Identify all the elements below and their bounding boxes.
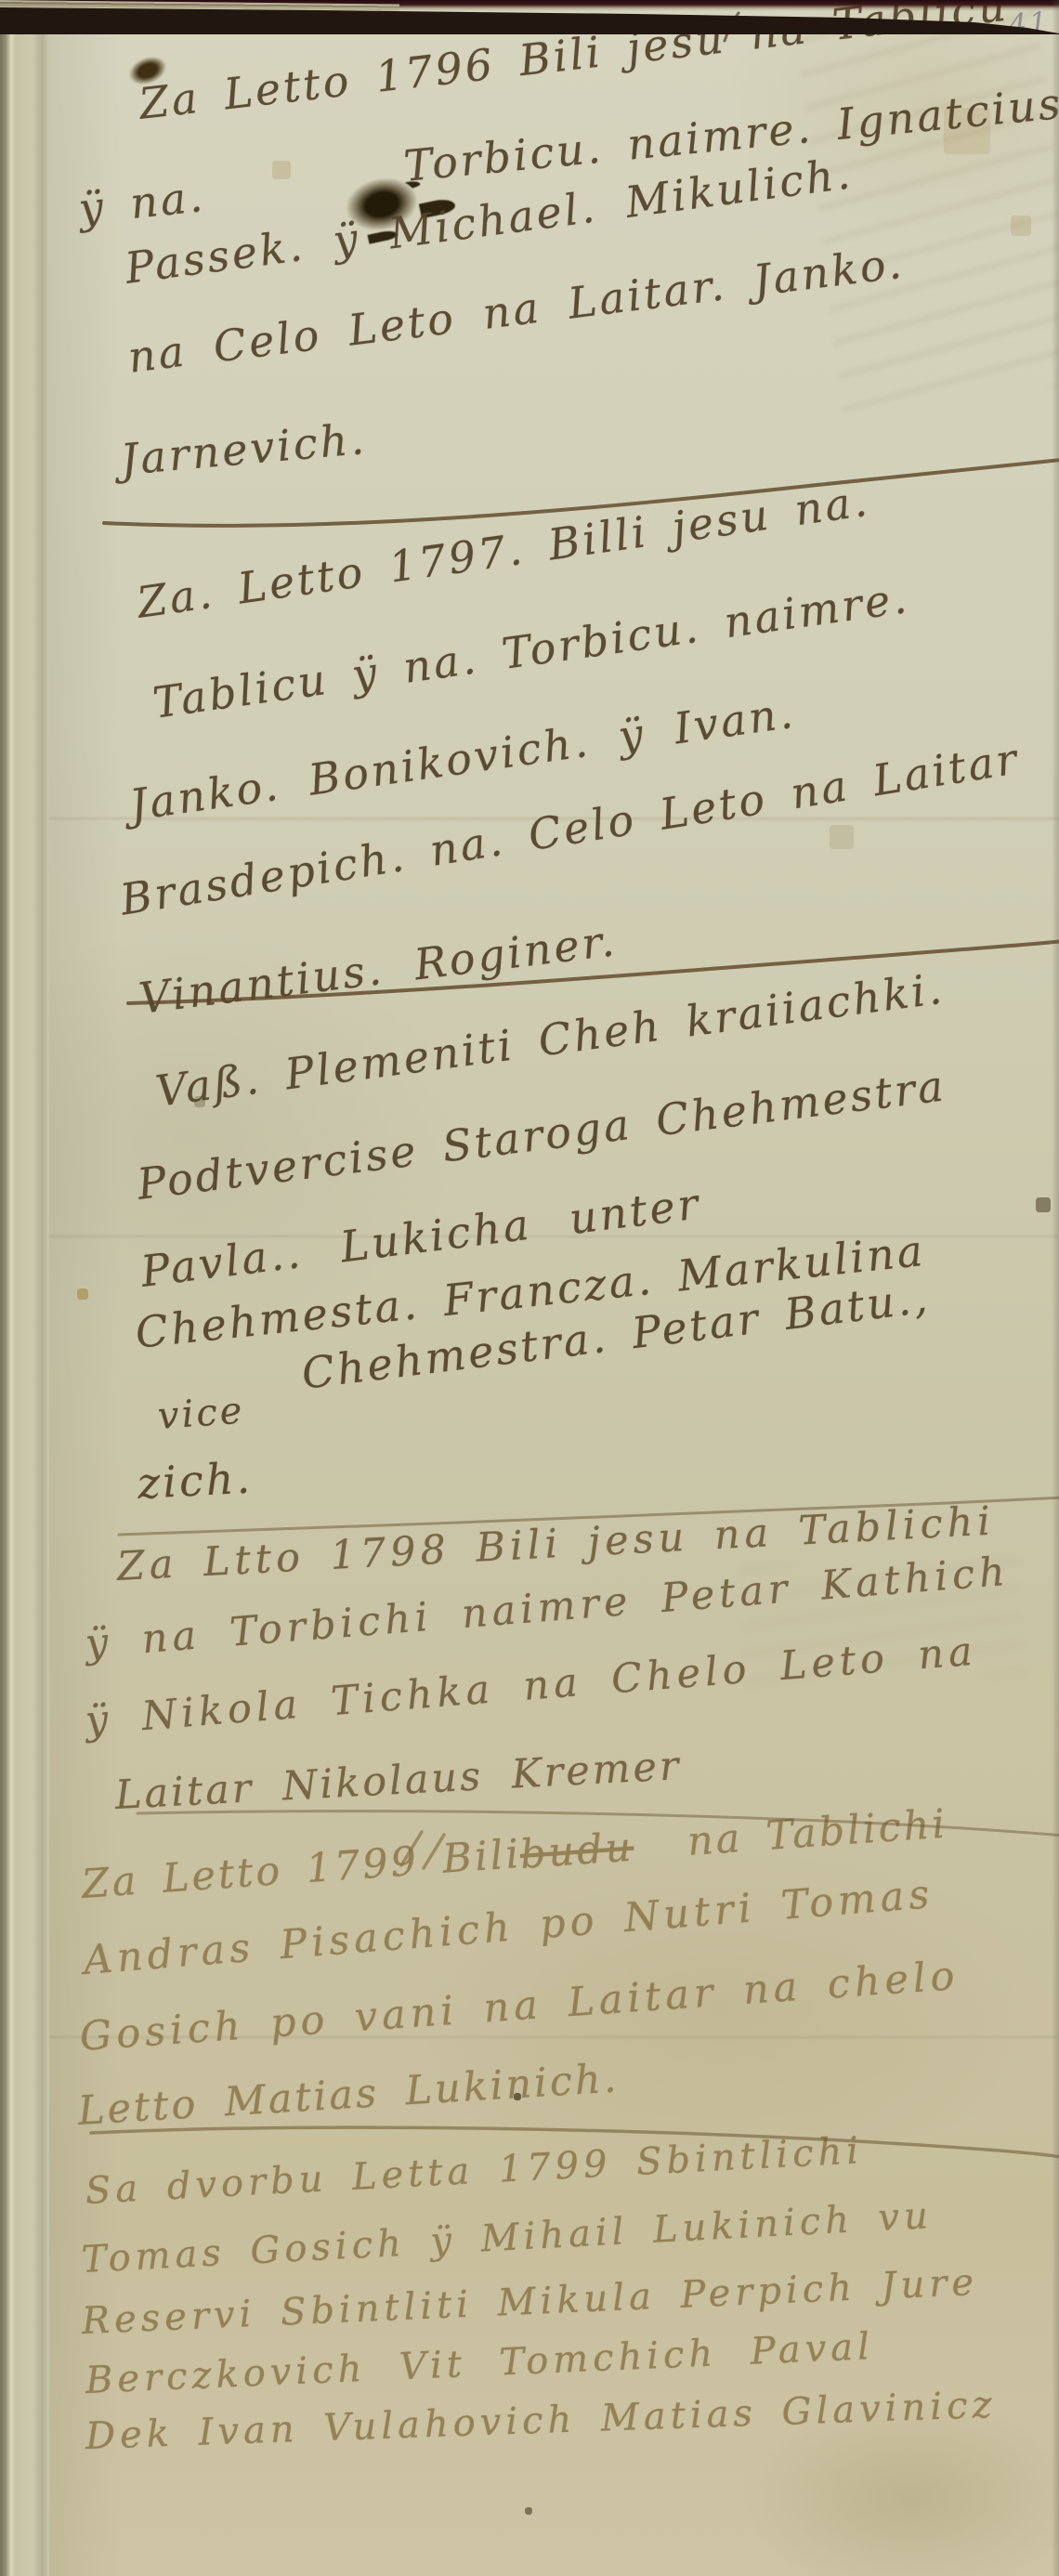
ink-showthrough-smudge bbox=[794, 0, 1059, 412]
scan-right-edge bbox=[1052, 0, 1059, 2576]
line-1796-5: Jarnevich. bbox=[119, 413, 369, 485]
line-1798-4: Laitar Nikolaus Kremer bbox=[114, 1743, 683, 1819]
line-1799-1c: na Tablichi bbox=[686, 1800, 948, 1864]
manuscript-page: 41 Za Letto 1796 Bili jesu na Tablicu ÿ … bbox=[0, 0, 1059, 2576]
line-1799-1a: Za Letto 1799 Bili bbox=[80, 1831, 523, 1908]
line-service-1: Sa dvorbu Letta 1799 Sbintlichi bbox=[85, 2129, 864, 2213]
line-1797-5: Vinantius. Roginer. bbox=[137, 915, 620, 1024]
line-1799-1b-crossed-out: budu bbox=[518, 1824, 635, 1878]
binding-edge bbox=[0, 0, 50, 2576]
line-conf-5a: vice bbox=[156, 1390, 245, 1438]
page-number: 41 bbox=[1008, 7, 1052, 42]
line-conf-6: zich. bbox=[137, 1453, 255, 1509]
line-1799-4: Letto Matias Lukinich. bbox=[76, 2055, 620, 2135]
line-1796-2a: ÿ na. bbox=[76, 171, 207, 234]
